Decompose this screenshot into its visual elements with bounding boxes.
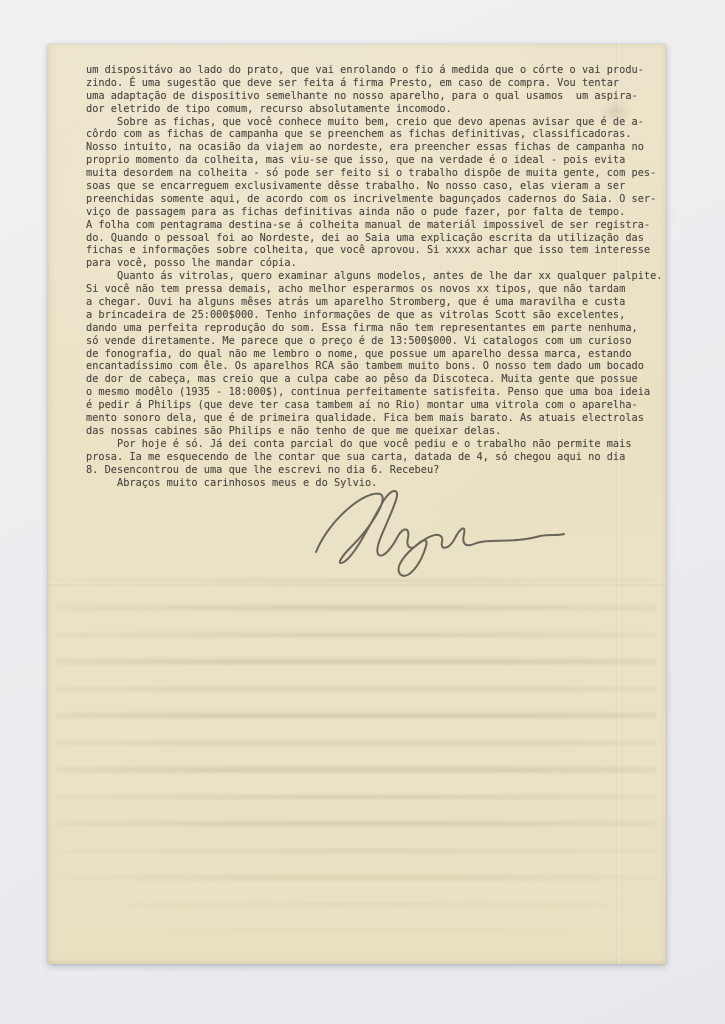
letter-line: proprio momento da colheita, mas viu-se …: [86, 154, 664, 167]
letter-line: uma adaptação de dispositivo semelhante …: [86, 90, 664, 103]
scanned-letter: um dispositávo ao lado do prato, que vai…: [0, 0, 725, 1024]
letter-line: côrdo com as fichas de campanha que se p…: [86, 128, 664, 141]
letter-line: de dor de cabeça, mas creio que a culpa …: [86, 373, 664, 386]
letter-line: fichas e informações sobre colheita, que…: [86, 244, 664, 257]
letter-line: Nosso intuito, na ocasião da viajem ao n…: [86, 141, 664, 154]
letter-line: muita desordem na colheita - só pode ser…: [86, 167, 664, 180]
letter-line: dando uma perfeita reprodução do som. Es…: [86, 322, 664, 335]
letter-line: a chegar. Ouvi ha alguns mêses atrás um …: [86, 296, 664, 309]
letter-body: um dispositávo ao lado do prato, que vai…: [86, 64, 664, 489]
letter-line: Sobre as fichas, que você conhece muito …: [86, 116, 664, 129]
letter-line: soas que se encarreguem exclusivamente d…: [86, 180, 664, 193]
letter-line: um dispositávo ao lado do prato, que vai…: [86, 64, 664, 77]
letter-line: é pedir á Philips (que deve ter casa tam…: [86, 399, 664, 412]
fold-crease: [48, 582, 666, 586]
letter-line: de fonografia, do qual não me lembro o n…: [86, 348, 664, 361]
paper-stain: [596, 96, 636, 126]
paper-crease-vertical: [616, 44, 622, 964]
letter-line: mento sonoro dela, que é de primeira qua…: [86, 412, 664, 425]
letter-line: a brincadeira de 25:000$000. Tenho infor…: [86, 309, 664, 322]
letter-line: zindo. É uma sugestão que deve ser feita…: [86, 77, 664, 90]
letter-line: prosa. Ia me esquecendo de lhe contar qu…: [86, 451, 664, 464]
letter-line: o mesmo modêlo (1935 - 18:000$), continu…: [86, 386, 664, 399]
letter-line: Por hoje é só. Já dei conta parcial do q…: [86, 438, 664, 451]
letter-line: preenchidas somente aqui, de acordo com …: [86, 193, 664, 206]
letter-line: 8. Desencontrou de uma que lhe escrevi n…: [86, 464, 664, 477]
letter-line: A folha com pentagrama destina-se á colh…: [86, 219, 664, 232]
letter-line: só vende diretamente. Me parece que o pr…: [86, 335, 664, 348]
letter-line: viço de passagem para as fichas definiti…: [86, 206, 664, 219]
bleedthrough-ghost-text: [56, 560, 656, 932]
letter-line: encantadíssimo com êle. Os aparelhos RCA…: [86, 360, 664, 373]
letter-line: para você, posso lhe mandar cópia.: [86, 257, 664, 270]
letter-line: Si você não tem pressa demais, acho melh…: [86, 283, 664, 296]
letter-line: Quanto ás vitrolas, quero examinar algun…: [86, 270, 664, 283]
letter-line: das nossas cabines são Philips e não ten…: [86, 425, 664, 438]
letter-line: do. Quando o pessoal foi ao Nordeste, de…: [86, 232, 664, 245]
letter-line: dor eletrido de tipo comum, recurso abso…: [86, 103, 664, 116]
letter-page: um dispositávo ao lado do prato, que vai…: [48, 44, 666, 964]
